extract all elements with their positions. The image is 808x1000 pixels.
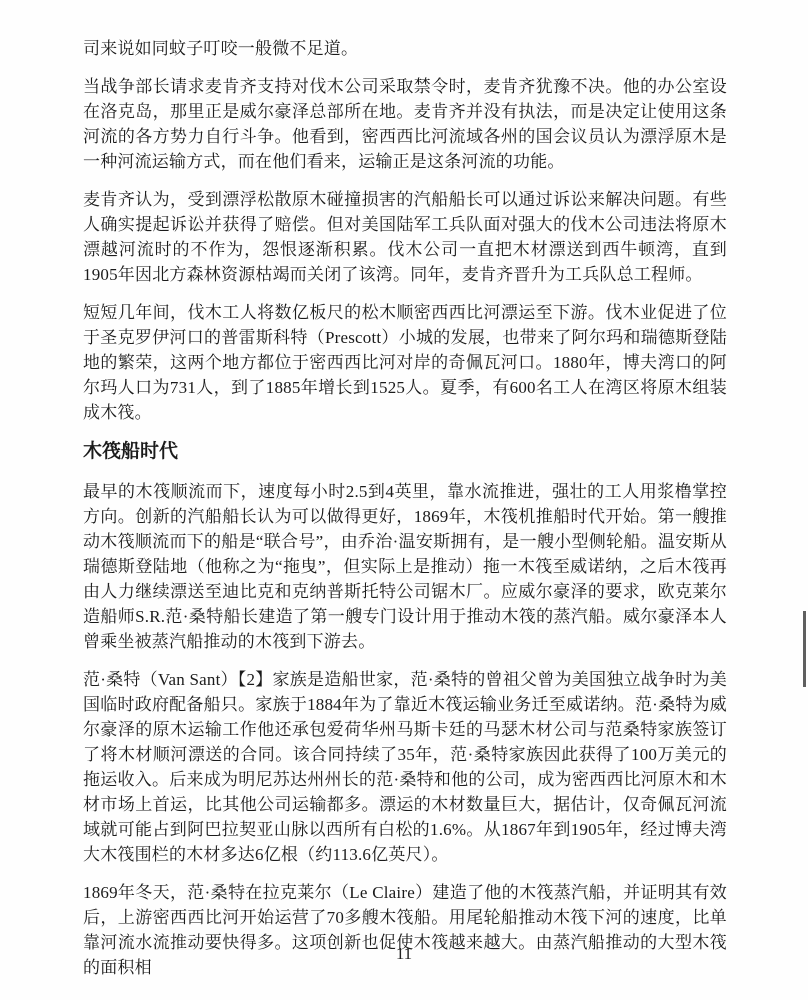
paragraph: 麦肯齐认为，受到漂浮松散原木碰撞损害的汽船船长可以通过诉讼来解决问题。有些人确实… [83, 187, 727, 287]
paragraph: 范·桑特（Van Sant）【2】家族是造船世家，范·桑特的曾祖父曾为美国独立战… [83, 667, 727, 867]
scan-edge-artifact [803, 611, 806, 687]
section-heading: 木筏船时代 [83, 439, 727, 464]
paragraph: 1869年冬天，范·桑特在拉克莱尔（Le Claire）建造了他的木筏蒸汽船，并… [83, 880, 727, 980]
paragraph: 当战争部长请求麦肯齐支持对伐木公司采取禁令时，麦肯齐犹豫不决。他的办公室设在洛克… [83, 74, 727, 174]
paragraph: 司来说如同蚊子叮咬一般微不足道。 [83, 36, 727, 61]
paragraph: 短短几年间，伐木工人将数亿板尺的松木顺密西西比河漂运至下游。伐木业促进了位于圣克… [83, 300, 727, 425]
paragraph: 最早的木筏顺流而下，速度每小时2.5到4英里，靠水流推进，强壮的工人用浆橹掌控方… [83, 479, 727, 654]
page-content: 司来说如同蚊子叮咬一般微不足道。 当战争部长请求麦肯齐支持对伐木公司采取禁令时，… [83, 36, 727, 993]
page-number: 11 [0, 944, 808, 964]
document-page: 司来说如同蚊子叮咬一般微不足道。 当战争部长请求麦肯齐支持对伐木公司采取禁令时，… [0, 0, 808, 1000]
